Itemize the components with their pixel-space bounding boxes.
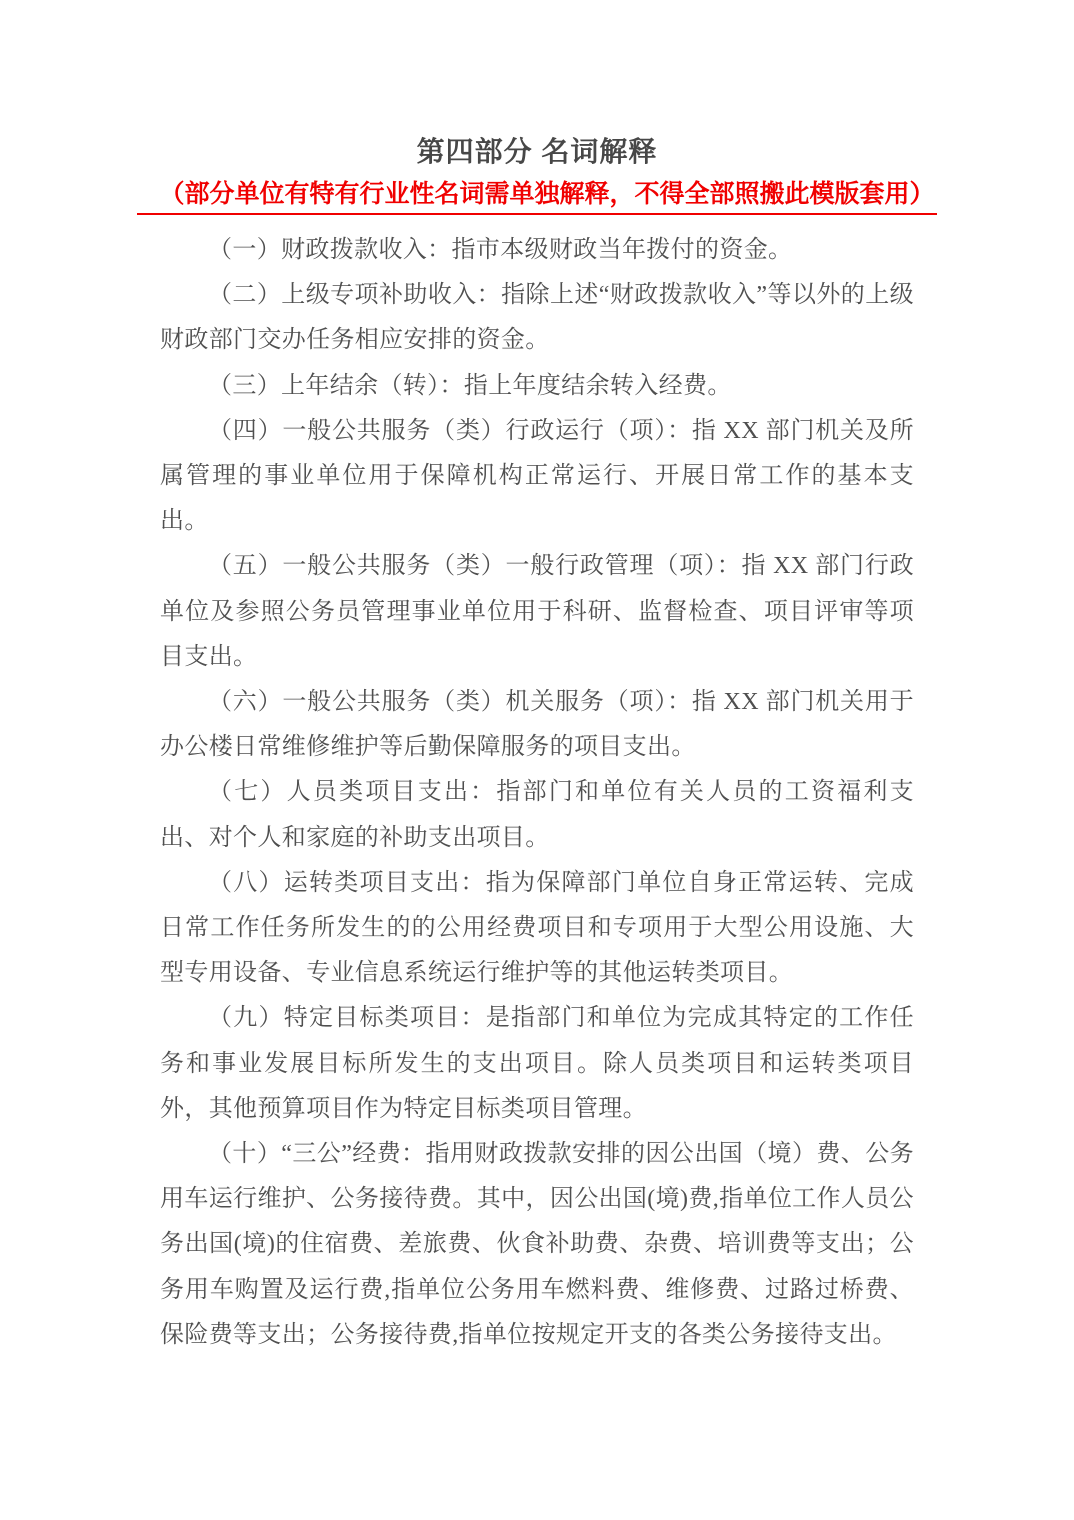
paragraph-3: （三）上年结余（转）：指上年度结余转入经费。 <box>160 364 914 409</box>
document-body: （一）财政拨款收入：指市本级财政当年拨付的资金。 （二）上级专项补助收入：指除上… <box>160 228 914 1358</box>
paragraph-2: （二）上级专项补助收入：指除上述“财政拨款收入”等以外的上级财政部门交办任务相应… <box>160 273 914 363</box>
paragraph-8: （八）运转类项目支出：指为保障部门单位自身正常运转、完成日常工作任务所发生的的公… <box>160 861 914 997</box>
document-title: 第四部分 名词解释 <box>0 0 1074 171</box>
document-notice: （部分单位有特有行业性名词需单独解释，不得全部照搬此模版套用） <box>137 179 936 215</box>
paragraph-4: （四）一般公共服务（类）行政运行（项）：指 XX 部门机关及所属管理的事业单位用… <box>160 409 914 545</box>
paragraph-6: （六）一般公共服务（类）机关服务（项）：指 XX 部门机关用于办公楼日常维修维护… <box>160 680 914 770</box>
notice-row: （部分单位有特有行业性名词需单独解释，不得全部照搬此模版套用） <box>0 178 1074 218</box>
paragraph-9: （九）特定目标类项目：是指部门和单位为完成其特定的工作任务和事业发展目标所发生的… <box>160 996 914 1132</box>
paragraph-10: （十）“三公”经费：指用财政拨款安排的因公出国（境）费、公务用车运行维护、公务接… <box>160 1132 914 1358</box>
document-page: 第四部分 名词解释 （部分单位有特有行业性名词需单独解释，不得全部照搬此模版套用… <box>0 0 1074 1520</box>
paragraph-1: （一）财政拨款收入：指市本级财政当年拨付的资金。 <box>160 228 914 273</box>
paragraph-7: （七）人员类项目支出：指部门和单位有关人员的工资福利支出、对个人和家庭的补助支出… <box>160 770 914 860</box>
paragraph-5: （五）一般公共服务（类）一般行政管理（项）：指 XX 部门行政单位及参照公务员管… <box>160 544 914 680</box>
